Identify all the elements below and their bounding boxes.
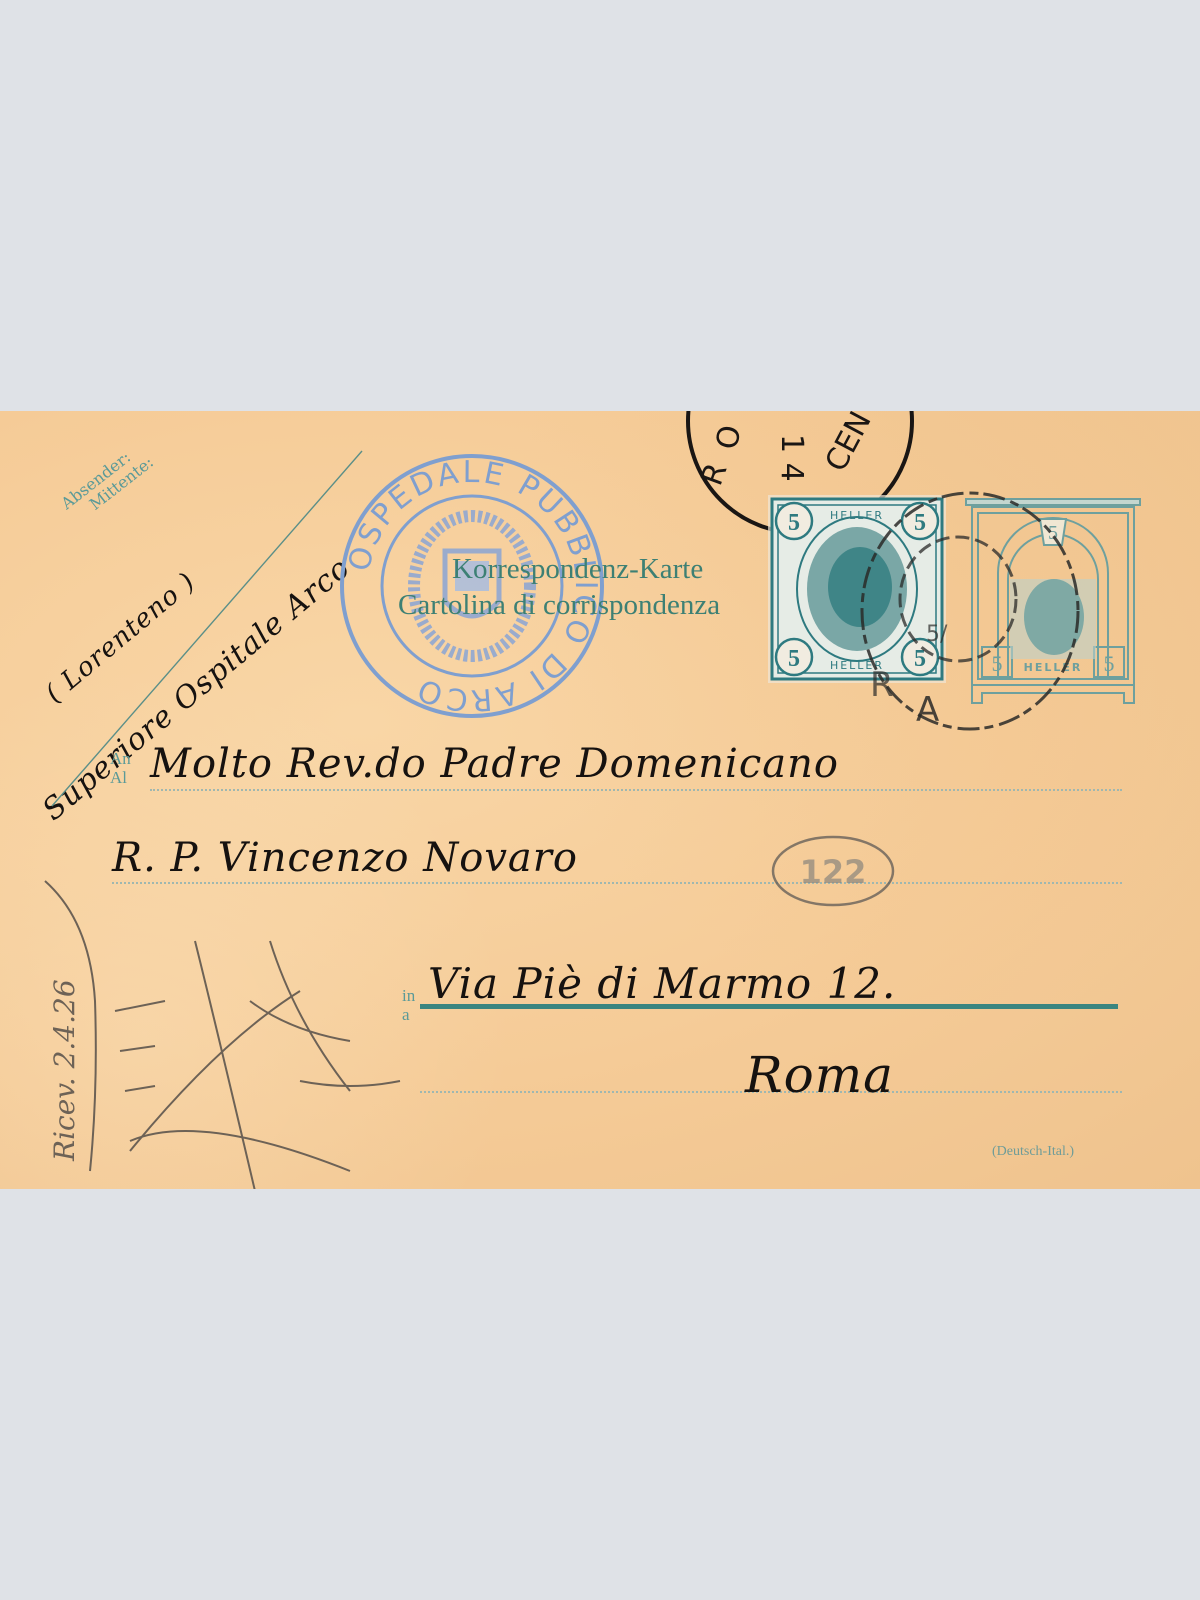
svg-text:R: R xyxy=(870,665,894,705)
svg-text:5: 5 xyxy=(788,646,800,672)
svg-text:122: 122 xyxy=(800,853,867,891)
postal-card: Absender: Mittente: ( Lorenteno ) Superi… xyxy=(0,411,1200,1189)
card-title-italian: Cartolina di corrispondenza xyxy=(398,587,720,623)
card-title-german: Korrespondenz-Karte xyxy=(452,551,703,587)
city-handwriting: Roma xyxy=(745,1046,894,1104)
svg-text:5/: 5/ xyxy=(926,622,948,647)
svg-text:5: 5 xyxy=(788,510,800,536)
svg-text:O: O xyxy=(710,423,749,452)
svg-text:A: A xyxy=(916,690,939,730)
svg-text:CEN: CEN xyxy=(819,411,879,477)
svg-text:5: 5 xyxy=(1104,651,1115,676)
address-line-1 xyxy=(150,789,1122,791)
language-note: (Deutsch-Ital.) xyxy=(992,1144,1074,1160)
svg-text:R: R xyxy=(694,458,734,490)
recipient-handwriting-1: Molto Rev.do Padre Domenicano xyxy=(150,741,839,787)
svg-text:1 4: 1 4 xyxy=(774,434,809,482)
to-label: An Al xyxy=(110,749,131,787)
postmark-right: A R 5/ xyxy=(850,481,1090,741)
address-handwriting: Via Piè di Marmo 12. xyxy=(428,959,896,1008)
oval-mark: 122 xyxy=(768,831,898,911)
pencil-scribbles xyxy=(0,851,420,1189)
